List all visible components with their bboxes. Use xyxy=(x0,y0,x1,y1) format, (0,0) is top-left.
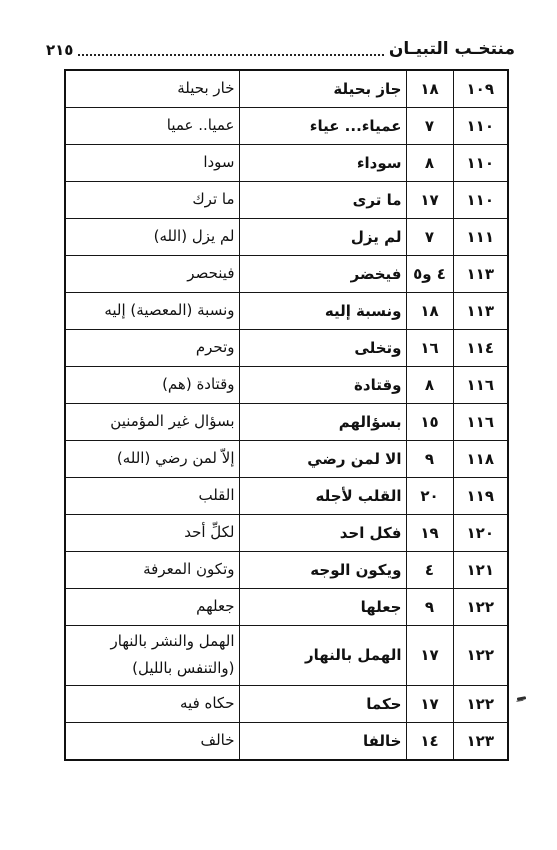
page-header: منتخـب التبيـان ٢١٥ xyxy=(46,36,515,58)
page-number-cell: ١٢٠ xyxy=(453,514,508,551)
correct-text-cell: بسؤال غير المؤمنين xyxy=(65,403,239,440)
line-number-cell: ١٧ xyxy=(406,625,453,686)
table-row: ١١٦ ٨ وقتادة وقتادة (هم) xyxy=(65,366,508,403)
page-number-cell: ١١٤ xyxy=(453,329,508,366)
incorrect-text-cell: لم يزل xyxy=(239,218,406,255)
page-number-cell: ١١٣ xyxy=(453,292,508,329)
page-number-cell: ١٢٢ xyxy=(453,625,508,686)
incorrect-text-cell: فيخضر xyxy=(239,255,406,292)
table-row: ١١٠ ٨ سوداء سودا xyxy=(65,144,508,181)
correct-text-cell: خار بحيلة xyxy=(65,70,239,107)
incorrect-text-cell: خالفا xyxy=(239,723,406,760)
line-number-cell: ١٧ xyxy=(406,181,453,218)
correct-text-cell: القلب xyxy=(65,477,239,514)
line-number-cell: ٧ xyxy=(406,218,453,255)
table-row: ١١٠ ٧ عمياء... عياء عميا.. عميا xyxy=(65,107,508,144)
line-number-cell: ١٩ xyxy=(406,514,453,551)
incorrect-text-cell: عمياء... عياء xyxy=(239,107,406,144)
correct-text-cell: الهمل والنشر بالنهار (والتنفس بالليل) xyxy=(65,625,239,686)
correct-text-cell: عميا.. عميا xyxy=(65,107,239,144)
table-row: ١١٦ ١٥ بسؤالهم بسؤال غير المؤمنين xyxy=(65,403,508,440)
incorrect-text-cell: وقتادة xyxy=(239,366,406,403)
correct-text-cell: ونسبة (المعصية) إليه xyxy=(65,292,239,329)
incorrect-text-cell: جاز بحيلة xyxy=(239,70,406,107)
incorrect-text-cell: الهمل بالنهار xyxy=(239,625,406,686)
table-row: ١٢١ ٤ ويكون الوجه وتكون المعرفة xyxy=(65,551,508,588)
correct-text-cell: فينحصر xyxy=(65,255,239,292)
line-number-cell: ٤ xyxy=(406,551,453,588)
page-number-cell: ١١٦ xyxy=(453,366,508,403)
correct-text-cell: لم يزل (الله) xyxy=(65,218,239,255)
correct-text-cell: وقتادة (هم) xyxy=(65,366,239,403)
table-row: ١١١ ٧ لم يزل لم يزل (الله) xyxy=(65,218,508,255)
table-row: ١١٣ ٤ و٥ فيخضر فينحصر xyxy=(65,255,508,292)
line-number-cell: ٤ و٥ xyxy=(406,255,453,292)
line-number-cell: ١٨ xyxy=(406,292,453,329)
incorrect-text-cell: بسؤالهم xyxy=(239,403,406,440)
page-number-cell: ١٠٩ xyxy=(453,70,508,107)
incorrect-text-cell: ونسبة إليه xyxy=(239,292,406,329)
page-number-cell: ١٢٢ xyxy=(453,686,508,723)
line-number-cell: ٩ xyxy=(406,440,453,477)
incorrect-text-cell: القلب لأجله xyxy=(239,477,406,514)
line-number-cell: ٢٠ xyxy=(406,477,453,514)
errata-table: ١٠٩ ١٨ جاز بحيلة خار بحيلة ١١٠ ٧ عمياء..… xyxy=(64,69,509,761)
line-number-cell: ٨ xyxy=(406,366,453,403)
table-row: ١٢٢ ١٧ الهمل بالنهار الهمل والنشر بالنها… xyxy=(65,625,508,686)
incorrect-text-cell: ويكون الوجه xyxy=(239,551,406,588)
errata-table-body: ١٠٩ ١٨ جاز بحيلة خار بحيلة ١١٠ ٧ عمياء..… xyxy=(65,70,508,760)
correct-text-cell: لكلِّ أحد xyxy=(65,514,239,551)
incorrect-text-cell: جعلها xyxy=(239,588,406,625)
ink-smudge xyxy=(517,696,526,701)
incorrect-text-cell: وتخلى xyxy=(239,329,406,366)
page-number-cell: ١٢١ xyxy=(453,551,508,588)
page-number-cell: ١١٨ xyxy=(453,440,508,477)
table-row: ١١٤ ١٦ وتخلى وتحرم xyxy=(65,329,508,366)
page-number-cell: ١٢٢ xyxy=(453,588,508,625)
table-row: ١٢٣ ١٤ خالفا خالف xyxy=(65,723,508,760)
page-number-cell: ١١٠ xyxy=(453,144,508,181)
correct-text-cell: وتكون المعرفة xyxy=(65,551,239,588)
correct-text-cell: إلاّ لمن رضي (الله) xyxy=(65,440,239,477)
table-row: ١٢٢ ٩ جعلها جعلهم xyxy=(65,588,508,625)
line-number-cell: ٩ xyxy=(406,588,453,625)
table-row: ١٢٢ ١٧ حكما حكاه فيه xyxy=(65,686,508,723)
correct-text-cell: جعلهم xyxy=(65,588,239,625)
page-number-cell: ١١٠ xyxy=(453,181,508,218)
page-number-cell: ١١١ xyxy=(453,218,508,255)
table-row: ١١٨ ٩ الا لمن رضي إلاّ لمن رضي (الله) xyxy=(65,440,508,477)
incorrect-text-cell: الا لمن رضي xyxy=(239,440,406,477)
book-title: منتخـب التبيـان xyxy=(389,41,515,58)
page-number-cell: ١١٠ xyxy=(453,107,508,144)
line-number-cell: ١٦ xyxy=(406,329,453,366)
incorrect-text-cell: حكما xyxy=(239,686,406,723)
table-row: ١٢٠ ١٩ فكل احد لكلِّ أحد xyxy=(65,514,508,551)
incorrect-text-cell: فكل احد xyxy=(239,514,406,551)
line-number-cell: ١٨ xyxy=(406,70,453,107)
correct-text-cell: وتحرم xyxy=(65,329,239,366)
correct-text-cell: سودا xyxy=(65,144,239,181)
incorrect-text-cell: سوداء xyxy=(239,144,406,181)
page-number-cell: ١١٩ xyxy=(453,477,508,514)
scanned-book-page: { "header": { "title": "منتخـب التبيـان"… xyxy=(0,0,557,850)
table-row: ١١٠ ١٧ ما ترى ما ترك xyxy=(65,181,508,218)
page-number-cell: ١٢٣ xyxy=(453,723,508,760)
page-number-cell: ١١٣ xyxy=(453,255,508,292)
line-number-cell: ١٤ xyxy=(406,723,453,760)
correct-text-cell: خالف xyxy=(65,723,239,760)
correct-text-cell: حكاه فيه xyxy=(65,686,239,723)
incorrect-text-cell: ما ترى xyxy=(239,181,406,218)
line-number-cell: ١٧ xyxy=(406,686,453,723)
line-number-cell: ١٥ xyxy=(406,403,453,440)
table-row: ١١٣ ١٨ ونسبة إليه ونسبة (المعصية) إليه xyxy=(65,292,508,329)
line-number-cell: ٧ xyxy=(406,107,453,144)
table-row: ١١٩ ٢٠ القلب لأجله القلب xyxy=(65,477,508,514)
page-number-cell: ١١٦ xyxy=(453,403,508,440)
correct-text-cell: ما ترك xyxy=(65,181,239,218)
table-row: ١٠٩ ١٨ جاز بحيلة خار بحيلة xyxy=(65,70,508,107)
dotted-leader xyxy=(78,54,383,56)
line-number-cell: ٨ xyxy=(406,144,453,181)
page-number: ٢١٥ xyxy=(46,43,73,58)
